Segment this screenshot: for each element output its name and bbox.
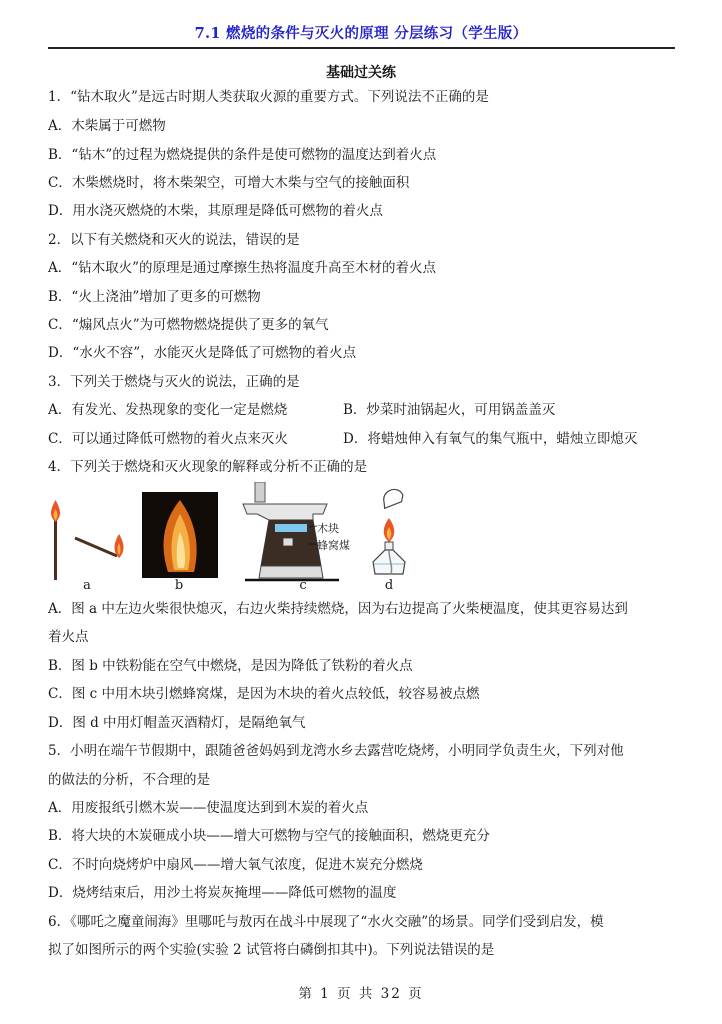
- section-heading: 基础过关练: [0, 62, 722, 82]
- question-3-option-a: A．有发光、发热现象的变化一定是燃烧: [48, 401, 287, 419]
- match-figure: [45, 482, 125, 582]
- question-5-option-c: C．不时向烧烤炉中扇风——增大氧气浓度，促进木炭充分燃烧: [48, 856, 423, 874]
- question-5-stem: 5．小明在端午节假期中，跟随爸爸妈妈到龙湾水乡去露营吃烧烤，小明同学负责生火，下…: [48, 742, 624, 760]
- question-3-option-d: D．将蜡烛伸入有氧气的集气瓶中，蜡烛立即熄灭: [343, 430, 637, 448]
- iron-powder-flame-figure: [142, 492, 218, 578]
- question-2-stem: 2．以下有关燃烧和灭火的说法，错误的是: [48, 231, 300, 249]
- question-1-option-b: B．“钻木”的过程为燃烧提供的条件是使可燃物的温度达到着火点: [48, 146, 436, 164]
- question-1-option-a: A．木柴属于可燃物: [48, 117, 166, 135]
- question-6-stem-continued: 拟了如图所示的两个实验(实验 2 试管将白磷倒扣其中)。下列说法错误的是: [48, 941, 494, 959]
- question-4-figure: a b 木块 蜂窝煤 c: [45, 482, 405, 594]
- question-4-stem: 4．下列关于燃烧和灭火现象的解释或分析不正确的是: [48, 458, 367, 476]
- question-1-stem: 1．“钻木取火”是远古时期人类获取火源的重要方式。下列说法不正确的是: [48, 88, 489, 106]
- question-2-option-a: A．“钻木取火”的原理是通过摩擦生热将温度升高至木材的着火点: [48, 259, 436, 277]
- header-divider: [48, 47, 675, 49]
- figure-label-b: b: [169, 578, 189, 593]
- question-3-option-b: B．炒菜时油锅起火，可用锅盖盖灭: [343, 401, 555, 419]
- question-4-option-c: C．图 c 中用木块引燃蜂窝煤，是因为木块的着火点较低，较容易被点燃: [48, 685, 479, 703]
- figure-label-a: a: [77, 578, 97, 593]
- document-title: 7.1 燃烧的条件与灭火的原理 分层练习（学生版）: [0, 22, 722, 43]
- figure-label-d: d: [379, 578, 399, 593]
- question-5-option-d: D．烧烤结束后，用沙土将炭灰掩埋——降低可燃物的温度: [48, 884, 396, 902]
- question-6-stem: 6．《哪吒之魔童闹海》里哪吒与敖丙在战斗中展现了“水火交融”的场景。同学们受到启…: [48, 913, 604, 931]
- question-5-stem-continued: 的做法的分析，不合理的是: [48, 771, 210, 789]
- question-5-option-b: B．将大块的木炭砸成小块——增大可燃物与空气的接触面积，燃烧更充分: [48, 827, 490, 845]
- question-1-option-d: D．用水浇灭燃烧的木柴，其原理是降低可燃物的着火点: [48, 202, 383, 220]
- question-3-option-c: C．可以通过降低可燃物的着火点来灭火: [48, 430, 288, 448]
- alcohol-lamp-figure: [367, 482, 411, 582]
- question-2-option-c: C．“煽风点火”为可燃物燃烧提供了更多的氧气: [48, 316, 329, 334]
- annotation-honeycomb-coal: 蜂窝煤: [317, 537, 361, 553]
- page-number: 第 1 页 共 32 页: [0, 982, 722, 1002]
- question-4-option-b: B．图 b 中铁粉能在空气中燃烧，是因为降低了铁粉的着火点: [48, 657, 413, 675]
- figure-label-c: c: [293, 578, 313, 593]
- question-5-option-a: A．用废报纸引燃木炭——使温度达到到木炭的着火点: [48, 799, 368, 817]
- question-4-option-a: A．图 a 中左边火柴很快熄灭，右边火柴持续燃烧，因为右边提高了火柴梗温度，使其…: [48, 600, 628, 618]
- question-2-option-d: D．“水火不容”，水能灭火是降低了可燃物的着火点: [48, 344, 356, 362]
- question-4-option-d: D．图 d 中用灯帽盖灭酒精灯，是隔绝氧气: [48, 714, 306, 732]
- question-4-option-a-continued: 着火点: [48, 628, 89, 646]
- annotation-wood-block: 木块: [317, 520, 349, 536]
- question-3-stem: 3．下列关于燃烧与灭火的说法，正确的是: [48, 373, 300, 391]
- question-2-option-b: B．“火上浇油”增加了更多的可燃物: [48, 288, 261, 306]
- question-1-option-c: C．木柴燃烧时，将木柴架空，可增大木柴与空气的接触面积: [48, 174, 409, 192]
